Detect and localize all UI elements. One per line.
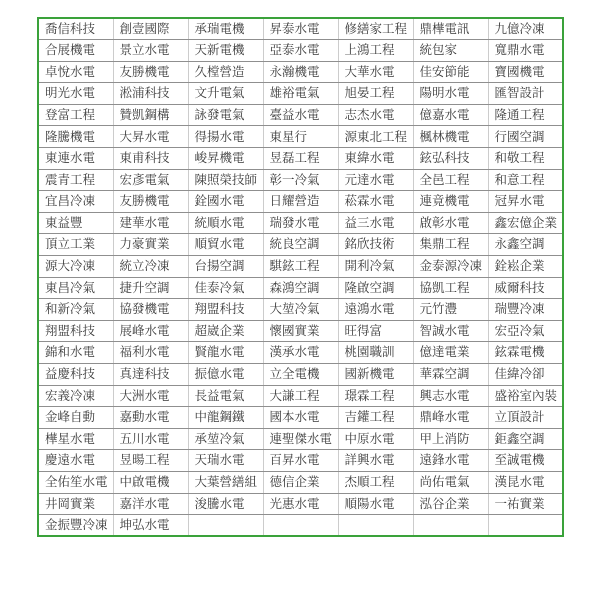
company-cell: 宏義冷凍 — [38, 385, 113, 407]
table-row: 宏義冷凍大洲水電長益電氣大謙工程璟霖工程興志水電盛裕室內裝 — [38, 385, 563, 407]
company-cell: 賢龍水電 — [188, 342, 263, 364]
company-cell: 東益豐 — [38, 212, 113, 234]
table-row: 金峰自動嘉動水電中龍鋼鐵國本水電吉鑵工程鼎峰水電立頂設計 — [38, 407, 563, 429]
company-cell: 樺星水電 — [38, 428, 113, 450]
company-cell: 志杰水電 — [338, 104, 413, 126]
company-cell: 彰一冷氣 — [263, 169, 338, 191]
company-cell: 宏亞冷氣 — [488, 320, 563, 342]
table-row: 源大冷凍統立冷凍台揚空調騏鉉工程開利冷氣金泰源冷凍銓崧企業 — [38, 256, 563, 278]
company-cell: 啟彰水電 — [413, 212, 488, 234]
company-cell: 億達電業 — [413, 342, 488, 364]
company-cell: 協凱工程 — [413, 277, 488, 299]
company-cell: 德信企業 — [263, 471, 338, 493]
company-cell: 承瑞電機 — [188, 18, 263, 40]
table-row: 合展機電景立水電天新電機亞泰水電上鴻工程統包家寬鼎水電 — [38, 40, 563, 62]
company-cell: 九億冷凍 — [488, 18, 563, 40]
company-cell: 翔盟科技 — [38, 320, 113, 342]
company-cell: 中原水電 — [338, 428, 413, 450]
company-cell: 行國空調 — [488, 126, 563, 148]
company-cell — [263, 515, 338, 537]
company-cell: 登富工程 — [38, 104, 113, 126]
company-cell: 連聖傑水電 — [263, 428, 338, 450]
company-cell: 森鴻空調 — [263, 277, 338, 299]
company-cell: 光惠水電 — [263, 493, 338, 515]
company-cell: 鉅鑫空調 — [488, 428, 563, 450]
company-cell: 漢昆水電 — [488, 471, 563, 493]
company-cell: 昇泰水電 — [263, 18, 338, 40]
company-cell: 杰順工程 — [338, 471, 413, 493]
company-cell: 震青工程 — [38, 169, 113, 191]
company-cell: 頂立工業 — [38, 234, 113, 256]
company-cell: 臺益水電 — [263, 104, 338, 126]
company-cell: 上鴻工程 — [338, 40, 413, 62]
table-row: 卓悅水電友勝機電久樘營造永瀚機電大華水電佳安節能寶國機電 — [38, 61, 563, 83]
company-cell: 永瀚機電 — [263, 61, 338, 83]
company-cell: 峻昇機電 — [188, 148, 263, 170]
company-cell — [413, 515, 488, 537]
company-cell: 智誠水電 — [413, 320, 488, 342]
company-cell: 益慶科技 — [38, 364, 113, 386]
table-row: 慶遠水電昱暘工程天瑞水電百昇水電詳興水電遠鋒水電至誠電機 — [38, 450, 563, 472]
table-row: 益慶科技真達科技振億水電立全電機國新機電華霖空調佳緯冷卻 — [38, 364, 563, 386]
company-cell: 五川水電 — [113, 428, 188, 450]
company-cell — [188, 515, 263, 537]
company-cell: 東連水電 — [38, 148, 113, 170]
company-cell: 鉉弘科技 — [413, 148, 488, 170]
table-row: 頂立工業力豪實業順貿水電統良空調銘欣技術集鼎工程永鑫空調 — [38, 234, 563, 256]
company-cell: 超崴企業 — [188, 320, 263, 342]
company-cell: 盛裕室內裝 — [488, 385, 563, 407]
company-cell: 國本水電 — [263, 407, 338, 429]
company-cell: 浚騰水電 — [188, 493, 263, 515]
company-cell: 元竹灃 — [413, 299, 488, 321]
company-cell: 楓林機電 — [413, 126, 488, 148]
company-cell: 大華水電 — [338, 61, 413, 83]
company-cell: 騏鉉工程 — [263, 256, 338, 278]
company-cell: 璟霖工程 — [338, 385, 413, 407]
table-row: 全佑笙水電中啟電機大葉營繕組德信企業杰順工程尚佑電氣漢昆水電 — [38, 471, 563, 493]
company-cell: 長益電氣 — [188, 385, 263, 407]
company-cell: 金振豐冷凍 — [38, 515, 113, 537]
company-directory: 喬信科技創壹國際承瑞電機昇泰水電修繕家工程鼎樺電訊九億冷凍合展機電景立水電天新電… — [37, 17, 563, 537]
company-cell: 冠昇水電 — [488, 191, 563, 213]
company-cell: 坤弘水電 — [113, 515, 188, 537]
company-cell: 旭晏工程 — [338, 83, 413, 105]
table-row: 樺星水電五川水電承堃冷氣連聖傑水電中原水電甲上消防鉅鑫空調 — [38, 428, 563, 450]
company-cell: 匯智設計 — [488, 83, 563, 105]
company-cell: 興志水電 — [413, 385, 488, 407]
company-cell: 合展機電 — [38, 40, 113, 62]
company-cell: 和新冷氣 — [38, 299, 113, 321]
company-cell: 元達水電 — [338, 169, 413, 191]
company-cell: 百昇水電 — [263, 450, 338, 472]
company-cell: 一祐實業 — [488, 493, 563, 515]
table-row: 登富工程贊凱鋼構詠發電氣臺益水電志杰水電億嘉水電隆通工程 — [38, 104, 563, 126]
company-cell: 泓谷企業 — [413, 493, 488, 515]
company-cell: 創壹國際 — [113, 18, 188, 40]
table-row: 和新冷氣協發機電翔盟科技大堃冷氣遠鴻水電元竹灃瑞豐冷凍 — [38, 299, 563, 321]
company-cell: 和敬工程 — [488, 148, 563, 170]
company-cell: 台揚空調 — [188, 256, 263, 278]
company-cell: 喬信科技 — [38, 18, 113, 40]
company-table-body: 喬信科技創壹國際承瑞電機昇泰水電修繕家工程鼎樺電訊九億冷凍合展機電景立水電天新電… — [38, 18, 563, 536]
table-row: 金振豐冷凍坤弘水電 — [38, 515, 563, 537]
company-cell: 真達科技 — [113, 364, 188, 386]
company-cell: 國新機電 — [338, 364, 413, 386]
company-cell: 甲上消防 — [413, 428, 488, 450]
company-cell: 宏彥電氣 — [113, 169, 188, 191]
company-cell: 鼎樺電訊 — [413, 18, 488, 40]
company-cell: 大昇水電 — [113, 126, 188, 148]
company-cell: 鉉霖電機 — [488, 342, 563, 364]
company-cell: 漢承水電 — [263, 342, 338, 364]
company-cell: 益三水電 — [338, 212, 413, 234]
company-cell: 隆啟空調 — [338, 277, 413, 299]
company-cell: 嘉洋水電 — [113, 493, 188, 515]
company-cell: 遠鋒水電 — [413, 450, 488, 472]
company-cell: 銓崧企業 — [488, 256, 563, 278]
company-cell: 錦和水電 — [38, 342, 113, 364]
company-cell: 懷國實業 — [263, 320, 338, 342]
table-row: 東連水電東甫科技峻昇機電昱磊工程東緯水電鉉弘科技和敬工程 — [38, 148, 563, 170]
company-cell: 金泰源冷凍 — [413, 256, 488, 278]
company-cell: 昱暘工程 — [113, 450, 188, 472]
company-cell: 中啟電機 — [113, 471, 188, 493]
table-row: 震青工程宏彥電氣陳照榮技師彰一冷氣元達水電全邑工程和意工程 — [38, 169, 563, 191]
company-cell: 詠發電氣 — [188, 104, 263, 126]
company-cell: 銘欣技術 — [338, 234, 413, 256]
company-cell: 鼎峰水電 — [413, 407, 488, 429]
company-cell: 吉鑵工程 — [338, 407, 413, 429]
company-cell: 宜昌冷凍 — [38, 191, 113, 213]
company-cell: 中龍鋼鐵 — [188, 407, 263, 429]
company-cell: 金峰自動 — [38, 407, 113, 429]
table-row: 井岡實業嘉洋水電浚騰水電光惠水電順陽水電泓谷企業一祐實業 — [38, 493, 563, 515]
company-cell: 隆騰機電 — [38, 126, 113, 148]
company-cell: 日耀營造 — [263, 191, 338, 213]
company-cell: 大堃冷氣 — [263, 299, 338, 321]
company-cell: 隆通工程 — [488, 104, 563, 126]
company-cell: 卓悅水電 — [38, 61, 113, 83]
company-cell: 展峰水電 — [113, 320, 188, 342]
company-cell: 佳泰冷氣 — [188, 277, 263, 299]
company-cell: 立全電機 — [263, 364, 338, 386]
company-cell: 順陽水電 — [338, 493, 413, 515]
company-cell: 協發機電 — [113, 299, 188, 321]
company-cell: 亞泰水電 — [263, 40, 338, 62]
company-cell: 得揚水電 — [188, 126, 263, 148]
company-cell: 遠鴻水電 — [338, 299, 413, 321]
company-cell: 東星行 — [263, 126, 338, 148]
company-cell: 華霖空調 — [413, 364, 488, 386]
company-cell: 全佑笙水電 — [38, 471, 113, 493]
table-row: 翔盟科技展峰水電超崴企業懷國實業旺得富智誠水電宏亞冷氣 — [38, 320, 563, 342]
company-cell: 嘉動水電 — [113, 407, 188, 429]
company-cell: 明光水電 — [38, 83, 113, 105]
table-row: 明光水電淞浦科技文升電氣雄裕電氣旭晏工程陽明水電匯智設計 — [38, 83, 563, 105]
company-cell: 捷升空調 — [113, 277, 188, 299]
company-cell: 東甫科技 — [113, 148, 188, 170]
company-cell — [338, 515, 413, 537]
company-cell: 友勝機電 — [113, 61, 188, 83]
company-cell: 集鼎工程 — [413, 234, 488, 256]
company-cell: 瑞發水電 — [263, 212, 338, 234]
company-cell: 瑞豐冷凍 — [488, 299, 563, 321]
company-cell: 修繕家工程 — [338, 18, 413, 40]
company-cell: 尚佑電氣 — [413, 471, 488, 493]
company-cell: 寬鼎水電 — [488, 40, 563, 62]
company-cell: 東緯水電 — [338, 148, 413, 170]
company-cell: 大洲水電 — [113, 385, 188, 407]
company-cell: 菘霖水電 — [338, 191, 413, 213]
company-cell: 億嘉水電 — [413, 104, 488, 126]
company-cell: 永鑫空調 — [488, 234, 563, 256]
company-cell: 統包家 — [413, 40, 488, 62]
company-cell: 景立水電 — [113, 40, 188, 62]
company-cell: 久樘營造 — [188, 61, 263, 83]
company-cell: 源大冷凍 — [38, 256, 113, 278]
company-cell: 源東北工程 — [338, 126, 413, 148]
table-row: 宜昌冷凍友勝機電銓國水電日耀營造菘霖水電連竟機電冠昇水電 — [38, 191, 563, 213]
company-cell: 寶國機電 — [488, 61, 563, 83]
company-table: 喬信科技創壹國際承瑞電機昇泰水電修繕家工程鼎樺電訊九億冷凍合展機電景立水電天新電… — [37, 17, 564, 537]
table-row: 東昌冷氣捷升空調佳泰冷氣森鴻空調隆啟空調協凱工程威爾科技 — [38, 277, 563, 299]
company-cell: 統立冷凍 — [113, 256, 188, 278]
company-cell: 桃園職訓 — [338, 342, 413, 364]
table-row: 東益豐建華水電統順水電瑞發水電益三水電啟彰水電鑫宏億企業 — [38, 212, 563, 234]
company-cell: 大葉營繕組 — [188, 471, 263, 493]
company-cell: 雄裕電氣 — [263, 83, 338, 105]
company-cell: 佳緯冷卻 — [488, 364, 563, 386]
company-cell: 建華水電 — [113, 212, 188, 234]
company-cell: 連竟機電 — [413, 191, 488, 213]
company-cell: 統良空調 — [263, 234, 338, 256]
company-cell: 文升電氣 — [188, 83, 263, 105]
company-cell: 詳興水電 — [338, 450, 413, 472]
company-cell: 昱磊工程 — [263, 148, 338, 170]
company-cell — [488, 515, 563, 537]
company-cell: 統順水電 — [188, 212, 263, 234]
company-cell: 陽明水電 — [413, 83, 488, 105]
company-cell: 天瑞水電 — [188, 450, 263, 472]
company-cell: 順貿水電 — [188, 234, 263, 256]
company-cell: 天新電機 — [188, 40, 263, 62]
company-cell: 和意工程 — [488, 169, 563, 191]
company-cell: 立頂設計 — [488, 407, 563, 429]
company-cell: 大謙工程 — [263, 385, 338, 407]
company-cell: 威爾科技 — [488, 277, 563, 299]
company-cell: 旺得富 — [338, 320, 413, 342]
company-cell: 佳安節能 — [413, 61, 488, 83]
company-cell: 淞浦科技 — [113, 83, 188, 105]
company-cell: 翔盟科技 — [188, 299, 263, 321]
company-cell: 井岡實業 — [38, 493, 113, 515]
company-cell: 振億水電 — [188, 364, 263, 386]
company-cell: 鑫宏億企業 — [488, 212, 563, 234]
company-cell: 陳照榮技師 — [188, 169, 263, 191]
company-cell: 銓國水電 — [188, 191, 263, 213]
company-cell: 至誠電機 — [488, 450, 563, 472]
table-row: 錦和水電福利水電賢龍水電漢承水電桃園職訓億達電業鉉霖電機 — [38, 342, 563, 364]
company-cell: 慶遠水電 — [38, 450, 113, 472]
table-row: 喬信科技創壹國際承瑞電機昇泰水電修繕家工程鼎樺電訊九億冷凍 — [38, 18, 563, 40]
company-cell: 開利冷氣 — [338, 256, 413, 278]
company-cell: 承堃冷氣 — [188, 428, 263, 450]
company-cell: 全邑工程 — [413, 169, 488, 191]
company-cell: 東昌冷氣 — [38, 277, 113, 299]
company-cell: 福利水電 — [113, 342, 188, 364]
company-cell: 力豪實業 — [113, 234, 188, 256]
table-row: 隆騰機電大昇水電得揚水電東星行源東北工程楓林機電行國空調 — [38, 126, 563, 148]
company-cell: 友勝機電 — [113, 191, 188, 213]
company-cell: 贊凱鋼構 — [113, 104, 188, 126]
